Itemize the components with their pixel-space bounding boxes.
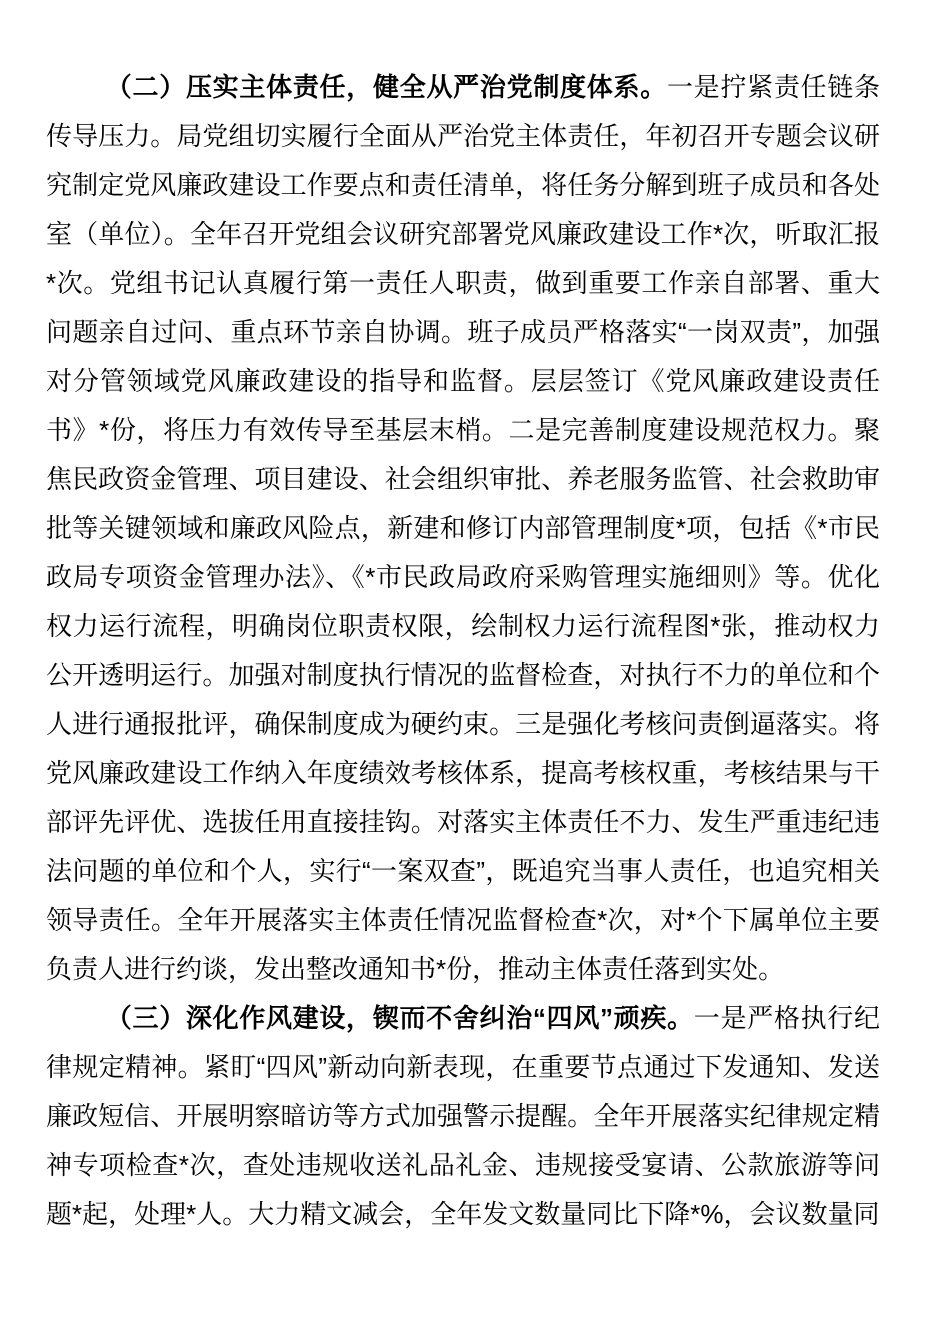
paragraph-section-2-body: 一是拧紧责任链条传导压力。局党组切实履行全面从严治党主体责任，年初召开专题会议研… xyxy=(46,72,880,984)
paragraph-section-3-body: 一是严格执行纪律规定精神。紧盯“四风”新动向新表现，在重要节点通过下发通知、发送… xyxy=(46,1003,880,1229)
document-page: （二）压实主体责任，健全从严治党制度体系。一是拧紧责任链条传导压力。局党组切实履… xyxy=(0,0,950,1344)
paragraph-section-3: （三）深化作风建设，锲而不舍纠治“四风”顽疾。一是严格执行纪律规定精神。紧盯“四… xyxy=(46,994,880,1239)
paragraph-section-2-heading: （二）压实主体责任，健全从严治党制度体系。 xyxy=(106,72,667,102)
paragraph-section-2: （二）压实主体责任，健全从严治党制度体系。一是拧紧责任链条传导压力。局党组切实履… xyxy=(46,63,880,994)
paragraph-section-3-heading: （三）深化作风建设，锲而不舍纠治“四风”顽疾。 xyxy=(106,1003,694,1033)
